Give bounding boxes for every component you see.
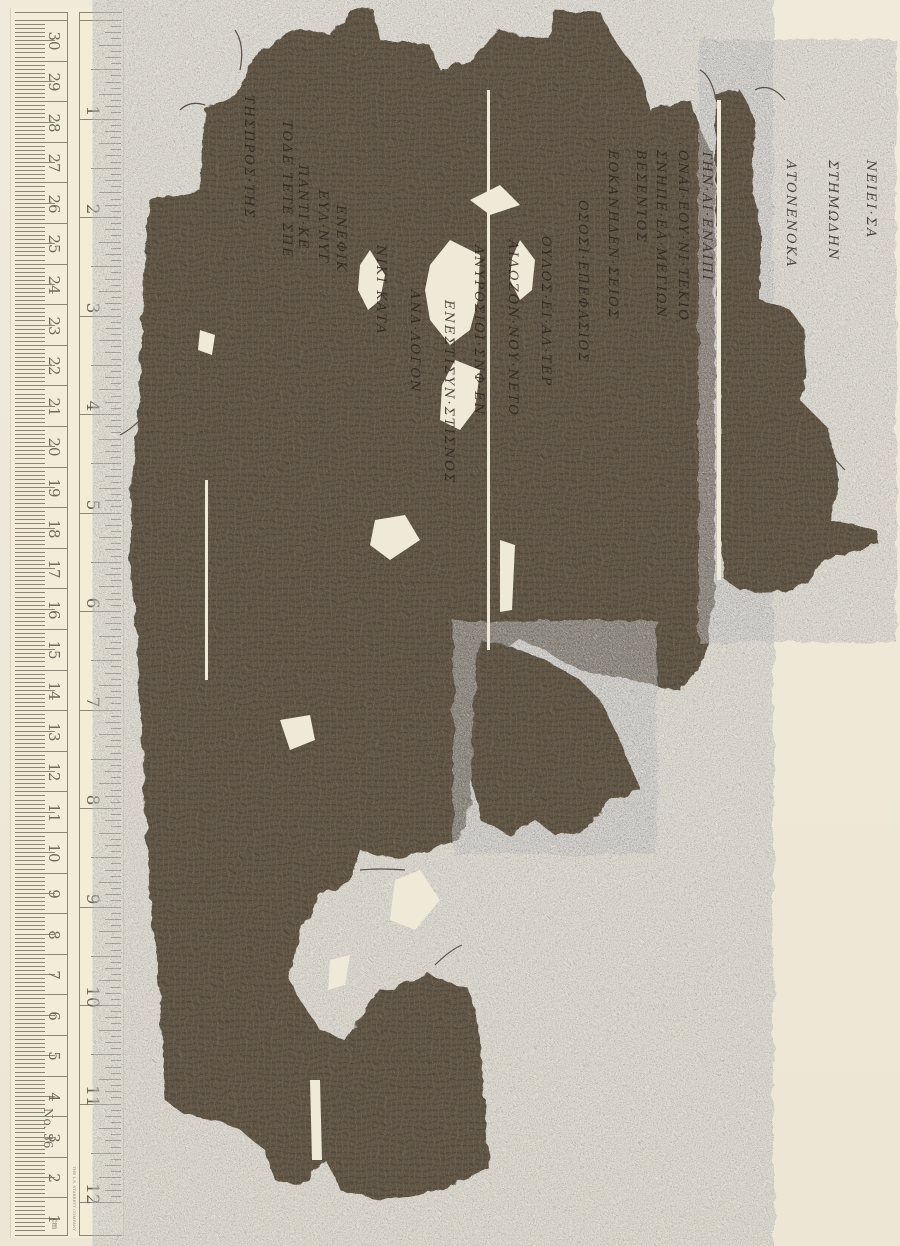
papyrus-text-line: ΑΙΛΩΖΟΝ·ΝΟΥ·ΝΕΤΟ [505, 240, 520, 417]
papyrus-text-line: ΕΝΕΦΙΚ [333, 205, 348, 273]
papyrus-text-line: ΟΥΛΟΣ·ΕΙ·ΑΛ·ΤΕΡ [538, 236, 553, 387]
papyrus-text-line: ΤΟΔΕ ΤΕΤΕ ΣΠΕ [279, 120, 294, 259]
papyrus-text-line: ΑΝΑ·ΛΟΓΟΝ [407, 290, 422, 393]
papyrus-text-line: ΟΣΟΣΙ·ΕΠΕΦΑΣΙΟΣ [575, 200, 590, 364]
papyrus-text-line: ΝΕΙΕΙ·ΣΑ [863, 160, 878, 239]
papyrus-fragment [0, 0, 900, 1246]
papyrus-text-line: ΠΑΝΤΙ·ΚΕ [295, 165, 310, 250]
papyrus-text-line: ΕΥΛ·ΝΥΓ [315, 190, 330, 265]
papyrus-text-line: ΕΝΕΣΤΙΣΥΝ·ΣΤΙΣΝΟΣ [441, 300, 456, 484]
papyrus-text-line: ΑΝΥΡΟΣΙΟΙ·ΣΝΦ·ΕΝ [471, 245, 486, 416]
papyrus-text-line: ΑΤΟΝΕΝΟΚΑ [783, 160, 798, 269]
papyrus-text-line: ΕΟΚΑΝΗΔΕΝ·ΣΕΙΟΣ [605, 150, 620, 320]
papyrus-text-line: ΤΗΝ·ΑΙ·ΕΝΑΙΠΙ [699, 150, 714, 282]
papyrus-text-line: ΟΝΑΙ·ΕΟΥ·ΝΙ·ΤΕΚΙΟ [675, 150, 690, 322]
papyrus-text-line: ΣΝΗΠΕ·ΕΑ·ΜΕΓΙΩΝ [653, 150, 668, 319]
papyrus-text-line: ΒΕΣΕΝΤΟΣ [633, 150, 648, 244]
papyrus-text-line: ΝΙΚΙ ΚΑΤΑ [373, 245, 388, 336]
papyrus-text-line: ΣΤΗΜΩΔΗΝ [825, 160, 840, 261]
papyrus-text-line: ΤΗΣΠΡΟΣ·ΤΗΣ [241, 95, 256, 219]
